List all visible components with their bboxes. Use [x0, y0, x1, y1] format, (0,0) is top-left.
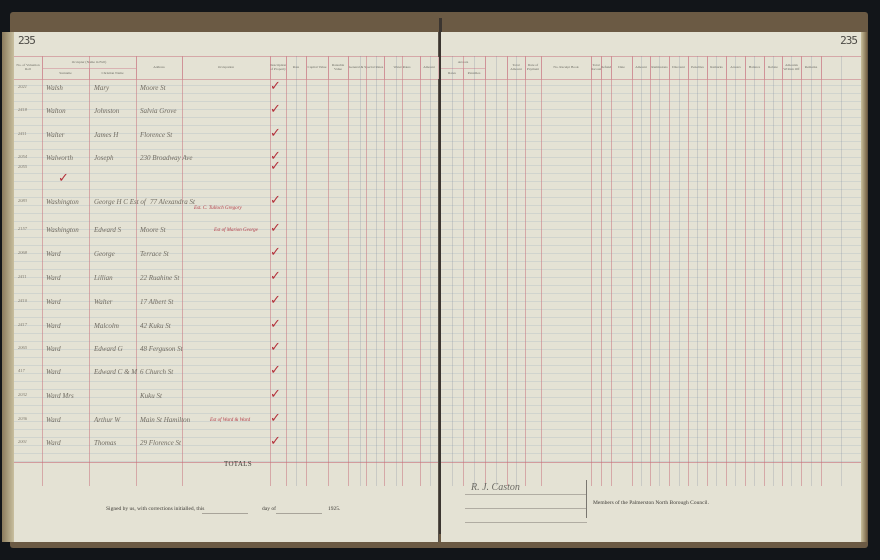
- header-date: Date: [611, 57, 633, 79]
- column-rule: [452, 56, 453, 486]
- address: 42 Kuku St: [140, 322, 171, 330]
- table-row: 2157 Washington Edward S Moore St Est of…: [14, 220, 438, 244]
- right-column-headers: Arrears Rates Penalties Total Amount Dat…: [441, 56, 861, 80]
- address: Main St Hamilton: [140, 416, 190, 424]
- given-name: Walter: [94, 298, 112, 306]
- roll-number: 2055: [18, 164, 27, 169]
- header-penalties-right: Penalties: [688, 57, 708, 79]
- table-row: 2001 Ward Thomas 29 Florence St ✓: [14, 433, 438, 457]
- roll-number: 2411: [18, 274, 27, 279]
- column-rule: [632, 56, 633, 486]
- checkmark-icon: ✓: [270, 410, 281, 426]
- given-name: George H C Est of: [94, 198, 146, 206]
- address: 17 Albert St: [140, 298, 173, 306]
- day-of-label: day of: [262, 506, 276, 512]
- address: Moore St: [140, 84, 166, 92]
- surname: Walsh: [46, 84, 63, 92]
- page-number-left: 235: [18, 34, 35, 47]
- right-page: 235 Arrears Rates Penalties Total Amount…: [441, 32, 861, 542]
- column-rule: [463, 56, 464, 486]
- roll-number: 2001: [18, 439, 27, 444]
- address: Kuku St: [140, 392, 162, 400]
- checkmark-icon: ✓: [270, 292, 281, 308]
- address: Florence St: [140, 131, 172, 139]
- checkmark-icon: ✓: [270, 268, 281, 284]
- surname: Walton: [46, 107, 66, 115]
- column-rule: [641, 56, 642, 486]
- red-annotation: Est of Ward & Ward: [210, 418, 250, 423]
- checkmark-icon: ✓: [270, 125, 281, 141]
- roll-number: 417: [18, 368, 25, 373]
- table-row: 2410 Ward Walter 17 Albert St ✓: [14, 292, 438, 316]
- roll-number: 2411: [18, 131, 27, 136]
- address: Salvia Grove: [140, 107, 176, 115]
- column-rule: [745, 56, 746, 486]
- given-name: Arthur W: [94, 416, 120, 424]
- signature-bracket: [586, 480, 587, 518]
- column-rule: [754, 56, 755, 486]
- header-receipt-book: No. Receipt Book: [541, 57, 592, 79]
- checkmark-icon: ✓: [270, 244, 281, 260]
- header-written-off: Amounts Written Off: [782, 57, 802, 79]
- column-rule: [801, 56, 802, 486]
- column-rule: [726, 56, 727, 486]
- address: 48 Ferguson St: [140, 345, 183, 353]
- column-rule: [688, 56, 689, 486]
- month-blank: [276, 513, 322, 514]
- surname: Ward: [46, 298, 61, 306]
- column-rule: [811, 56, 812, 486]
- given-name: George: [94, 250, 115, 258]
- roll-number: 2068: [18, 250, 27, 255]
- given-name: Johnston: [94, 107, 119, 115]
- header-description: Description of Property: [270, 57, 287, 79]
- roll-number: 2417: [18, 322, 27, 327]
- surname: Ward: [46, 322, 61, 330]
- surname: Ward: [46, 250, 61, 258]
- surname: Walter: [46, 131, 64, 139]
- surname: Ward: [46, 368, 61, 376]
- signature: R. J. Caston: [471, 482, 520, 493]
- given-name: Edward C & M: [94, 368, 137, 376]
- table-row: 2418 Walton Johnston Salvia Grove ✓: [14, 101, 438, 125]
- column-rule: [669, 56, 670, 486]
- surname: Ward Mrs: [46, 392, 74, 400]
- roll-number: 2065: [18, 345, 27, 350]
- table-row: 2036 Ward Arthur W Main St Hamilton Est …: [14, 410, 438, 434]
- header-remarks-1: Remarks: [707, 57, 727, 79]
- checkmark-icon: ✓: [270, 339, 281, 355]
- signed-statement: Signed by us, with corrections initialle…: [106, 506, 204, 512]
- signature-line: [465, 494, 587, 495]
- header-balance: Balance: [745, 57, 765, 79]
- right-ruled-lines: [441, 78, 861, 468]
- red-annotation: Est. C. Tulloch Gregory: [194, 206, 242, 211]
- given-name: Thomas: [94, 439, 116, 447]
- table-row: 2065 Ward Edward G 48 Ferguson St ✓: [14, 339, 438, 363]
- red-annotation: Est of Marion George: [214, 228, 258, 233]
- address: 77 Alexandra St: [150, 198, 195, 206]
- address: 22 Ruahine St: [140, 274, 179, 282]
- column-rule: [735, 56, 736, 486]
- surname: Ward: [46, 274, 61, 282]
- column-rule: [591, 56, 592, 486]
- column-rule: [496, 56, 497, 486]
- signature-line: [465, 522, 587, 523]
- roll-number: 2032: [18, 392, 27, 397]
- checkmark-icon: ✓: [270, 78, 281, 94]
- checkmark-icon: ✓: [270, 433, 281, 449]
- left-page: 235 No. of Valuation Roll Surname Christ…: [14, 32, 439, 542]
- checkmark-icon: ✓: [270, 316, 281, 332]
- column-rule: [474, 56, 475, 486]
- checkmark-icon: ✓: [58, 170, 69, 186]
- page-number-right: 235: [840, 34, 857, 47]
- roll-number: 2410: [18, 298, 27, 303]
- address: Moore St: [140, 226, 166, 234]
- table-row: 2411 Walter James H Florence St ✓: [14, 125, 438, 149]
- roll-number: 2083: [18, 198, 27, 203]
- checkmark-icon: ✓: [270, 220, 281, 236]
- column-rule: [541, 56, 542, 486]
- table-row: 417 Ward Edward C & M 6 Church St ✓: [14, 362, 438, 386]
- column-rule: [650, 56, 651, 486]
- column-rule: [782, 56, 783, 486]
- column-rule: [707, 56, 708, 486]
- roll-number: 2021: [18, 84, 27, 89]
- given-name: Edward S: [94, 226, 121, 234]
- header-arrears-right: Arrears: [726, 57, 746, 79]
- year-label: 1925.: [328, 506, 340, 512]
- header-capital-value: Capital Value: [306, 57, 329, 79]
- address: 29 Florence St: [140, 439, 181, 447]
- column-rule: [773, 56, 774, 486]
- table-row: 2021 Walsh Mary Moore St ✓: [14, 78, 438, 102]
- column-rule: [611, 56, 612, 486]
- surname: Washington: [46, 198, 79, 206]
- surname: Washington: [46, 226, 79, 234]
- column-rule: [516, 56, 517, 486]
- totals-label: TOTALS: [224, 460, 252, 468]
- table-row: 2083 Washington George H C Est of 77 Ale…: [14, 192, 438, 216]
- header-remissions: Remissions: [650, 57, 670, 79]
- given-name: Lillian: [94, 274, 113, 282]
- roll-number: 2418: [18, 107, 27, 112]
- roll-number: 2036: [18, 416, 27, 421]
- address: Terrace St: [140, 250, 169, 258]
- column-rule: [659, 56, 660, 486]
- column-rule: [716, 56, 717, 486]
- checkmark-icon: ✓: [270, 362, 281, 378]
- address: 6 Church St: [140, 368, 173, 376]
- surname: Ward: [46, 439, 61, 447]
- header-address: Address: [136, 57, 183, 79]
- signature-line: [465, 508, 587, 509]
- table-row: ✓: [14, 170, 438, 194]
- given-name: James H: [94, 131, 118, 139]
- roll-number: 2157: [18, 226, 27, 231]
- day-blank: [202, 513, 248, 514]
- header-occupation: Occupation: [182, 57, 271, 79]
- header-rateable-value: Rateable Value: [328, 57, 349, 79]
- table-row: 2411 Ward Lillian 22 Ruahine St ✓: [14, 268, 438, 292]
- table-row: 2417 Ward Malcolm 42 Kuku St ✓: [14, 316, 438, 340]
- checkmark-icon: ✓: [270, 386, 281, 402]
- surname: Ward: [46, 416, 61, 424]
- column-rule: [791, 56, 792, 486]
- totals-rule: [441, 462, 861, 463]
- column-rule: [485, 56, 486, 486]
- column-rule: [601, 56, 602, 486]
- header-roll-no: No. of Valuation Roll: [14, 57, 43, 79]
- given-name: Mary: [94, 84, 109, 92]
- column-rule: [507, 56, 508, 486]
- table-row: 2032 Ward Mrs Kuku St ✓: [14, 386, 438, 410]
- checkmark-icon: ✓: [270, 192, 281, 208]
- table-row: 2068 Ward George Terrace St ✓: [14, 244, 438, 268]
- column-rule: [525, 56, 526, 486]
- given-name: Malcolm: [94, 322, 119, 330]
- council-statement: Members of the Palmerston North Borough …: [593, 500, 709, 506]
- surname: Ward: [46, 345, 61, 353]
- left-column-headers: No. of Valuation Roll Surname Christian …: [14, 56, 438, 80]
- column-rule: [679, 56, 680, 486]
- column-rule: [697, 56, 698, 486]
- header-date-of-payment: Date of Payment: [525, 57, 542, 79]
- column-rule: [841, 56, 842, 486]
- column-rule: [764, 56, 765, 486]
- given-name: Edward G: [94, 345, 123, 353]
- checkmark-icon: ✓: [270, 101, 281, 117]
- column-rule: [821, 56, 822, 486]
